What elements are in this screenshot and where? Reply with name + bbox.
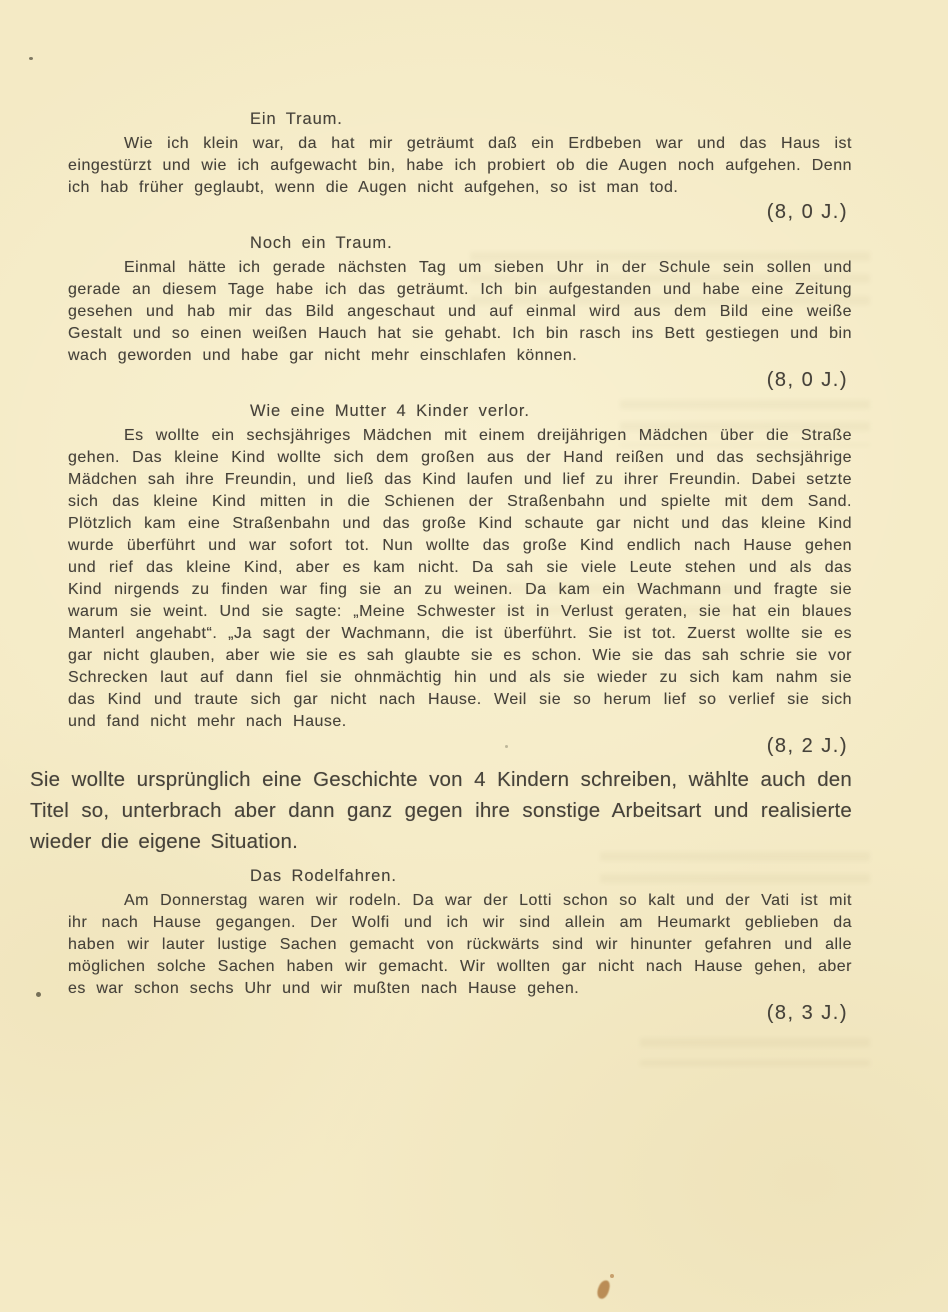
editor-commentary: Sie wollte ursprünglich eine Geschichte … (30, 764, 852, 857)
story-title: Wie eine Mutter 4 Kinder verlor. (250, 400, 852, 422)
story-paragraph: Es wollte ein sechsjähriges Mädchen mit … (68, 425, 852, 733)
story-paragraph: Am Donnerstag waren wir rodeln. Da war d… (68, 890, 852, 1000)
bottom-stain-dot (610, 1274, 614, 1278)
story-title: Das Rodelfahren. (250, 865, 852, 887)
reverse-side-show-through (640, 1038, 870, 1066)
margin-dot (36, 992, 41, 997)
story-section-ein-traum: Ein Traum. Wie ich klein war, da hat mir… (68, 108, 852, 224)
age-attribution: (8, 0 J.) (68, 200, 848, 224)
age-attribution: (8, 2 J.) (68, 734, 848, 758)
paper-speck (29, 57, 33, 60)
story-title: Noch ein Traum. (250, 232, 852, 254)
page-content: Ein Traum. Wie ich klein war, da hat mir… (68, 108, 852, 1028)
story-paragraph: Einmal hätte ich gerade nächsten Tag um … (68, 257, 852, 367)
story-section-noch-ein-traum: Noch ein Traum. Einmal hätte ich gerade … (68, 232, 852, 392)
scanned-page: Ein Traum. Wie ich klein war, da hat mir… (0, 0, 948, 1312)
age-attribution: (8, 0 J.) (68, 368, 848, 392)
story-title: Ein Traum. (250, 108, 852, 130)
story-section-mutter-4-kinder: Wie eine Mutter 4 Kinder verlor. Es woll… (68, 400, 852, 758)
story-section-rodelfahren: Das Rodelfahren. Am Donnerstag waren wir… (68, 865, 852, 1025)
age-attribution: (8, 3 J.) (68, 1001, 848, 1025)
bottom-stain (596, 1279, 611, 1300)
story-paragraph: Wie ich klein war, da hat mir geträumt d… (68, 133, 852, 199)
